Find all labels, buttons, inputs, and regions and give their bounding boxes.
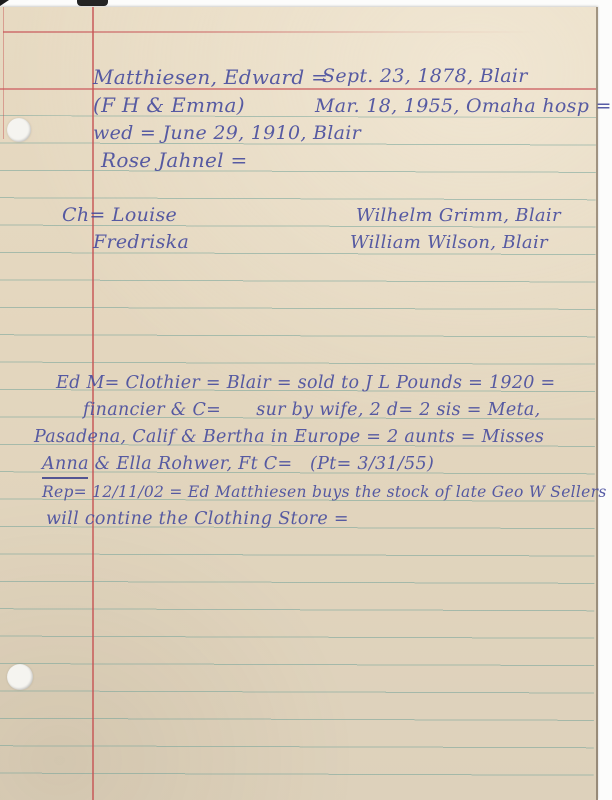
child-row-2-name: Fredriska [93,232,189,253]
underline-mark [42,477,88,479]
note-line-1: Ed M= Clothier = Blair = sold to J L Pou… [56,374,556,393]
left-edge-red-line [3,7,4,139]
child-row-1-spouse: Wilhelm Grimm, Blair [356,206,561,226]
note-line-4: Anna & Ella Rohwer, Ft C= (Pt= 3/31/55) [42,455,434,474]
scanned-document: Matthiesen, Edward = Sept. 23, 1878, Bla… [0,0,612,800]
entry-parents: (F H & Emma) [93,94,245,116]
scanner-edge-artifact-corner [0,0,9,6]
ledger-paper-sheet: Matthiesen, Edward = Sept. 23, 1878, Bla… [0,7,598,800]
entry-name: Matthiesen, Edward = [93,66,328,88]
entry-spouse-name: Rose Jahnel = [101,149,248,171]
child-row-1-name: Ch= Louise [62,205,177,226]
child-row-2-spouse: William Wilson, Blair [350,233,548,253]
entry-marriage-date: wed = June 29, 1910, Blair [93,123,361,144]
hole-punch-top [7,118,31,142]
entry-birth-date: Sept. 23, 1878, Blair [322,66,528,87]
note-line-2: financier & C= sur by wife, 2 d= 2 sis =… [83,401,540,420]
entry-death-date: Mar. 18, 1955, Omaha hosp = B [315,96,612,117]
scanner-edge-artifact-smudge [77,0,108,6]
note-line-5: Rep= 12/11/02 = Ed Matthiesen buys the s… [42,484,612,501]
note-line-3: Pasadena, Calif & Bertha in Europe = 2 a… [34,428,544,447]
hole-punch-bottom [7,664,33,690]
note-line-6: will contine the Clothing Store = [46,510,349,529]
